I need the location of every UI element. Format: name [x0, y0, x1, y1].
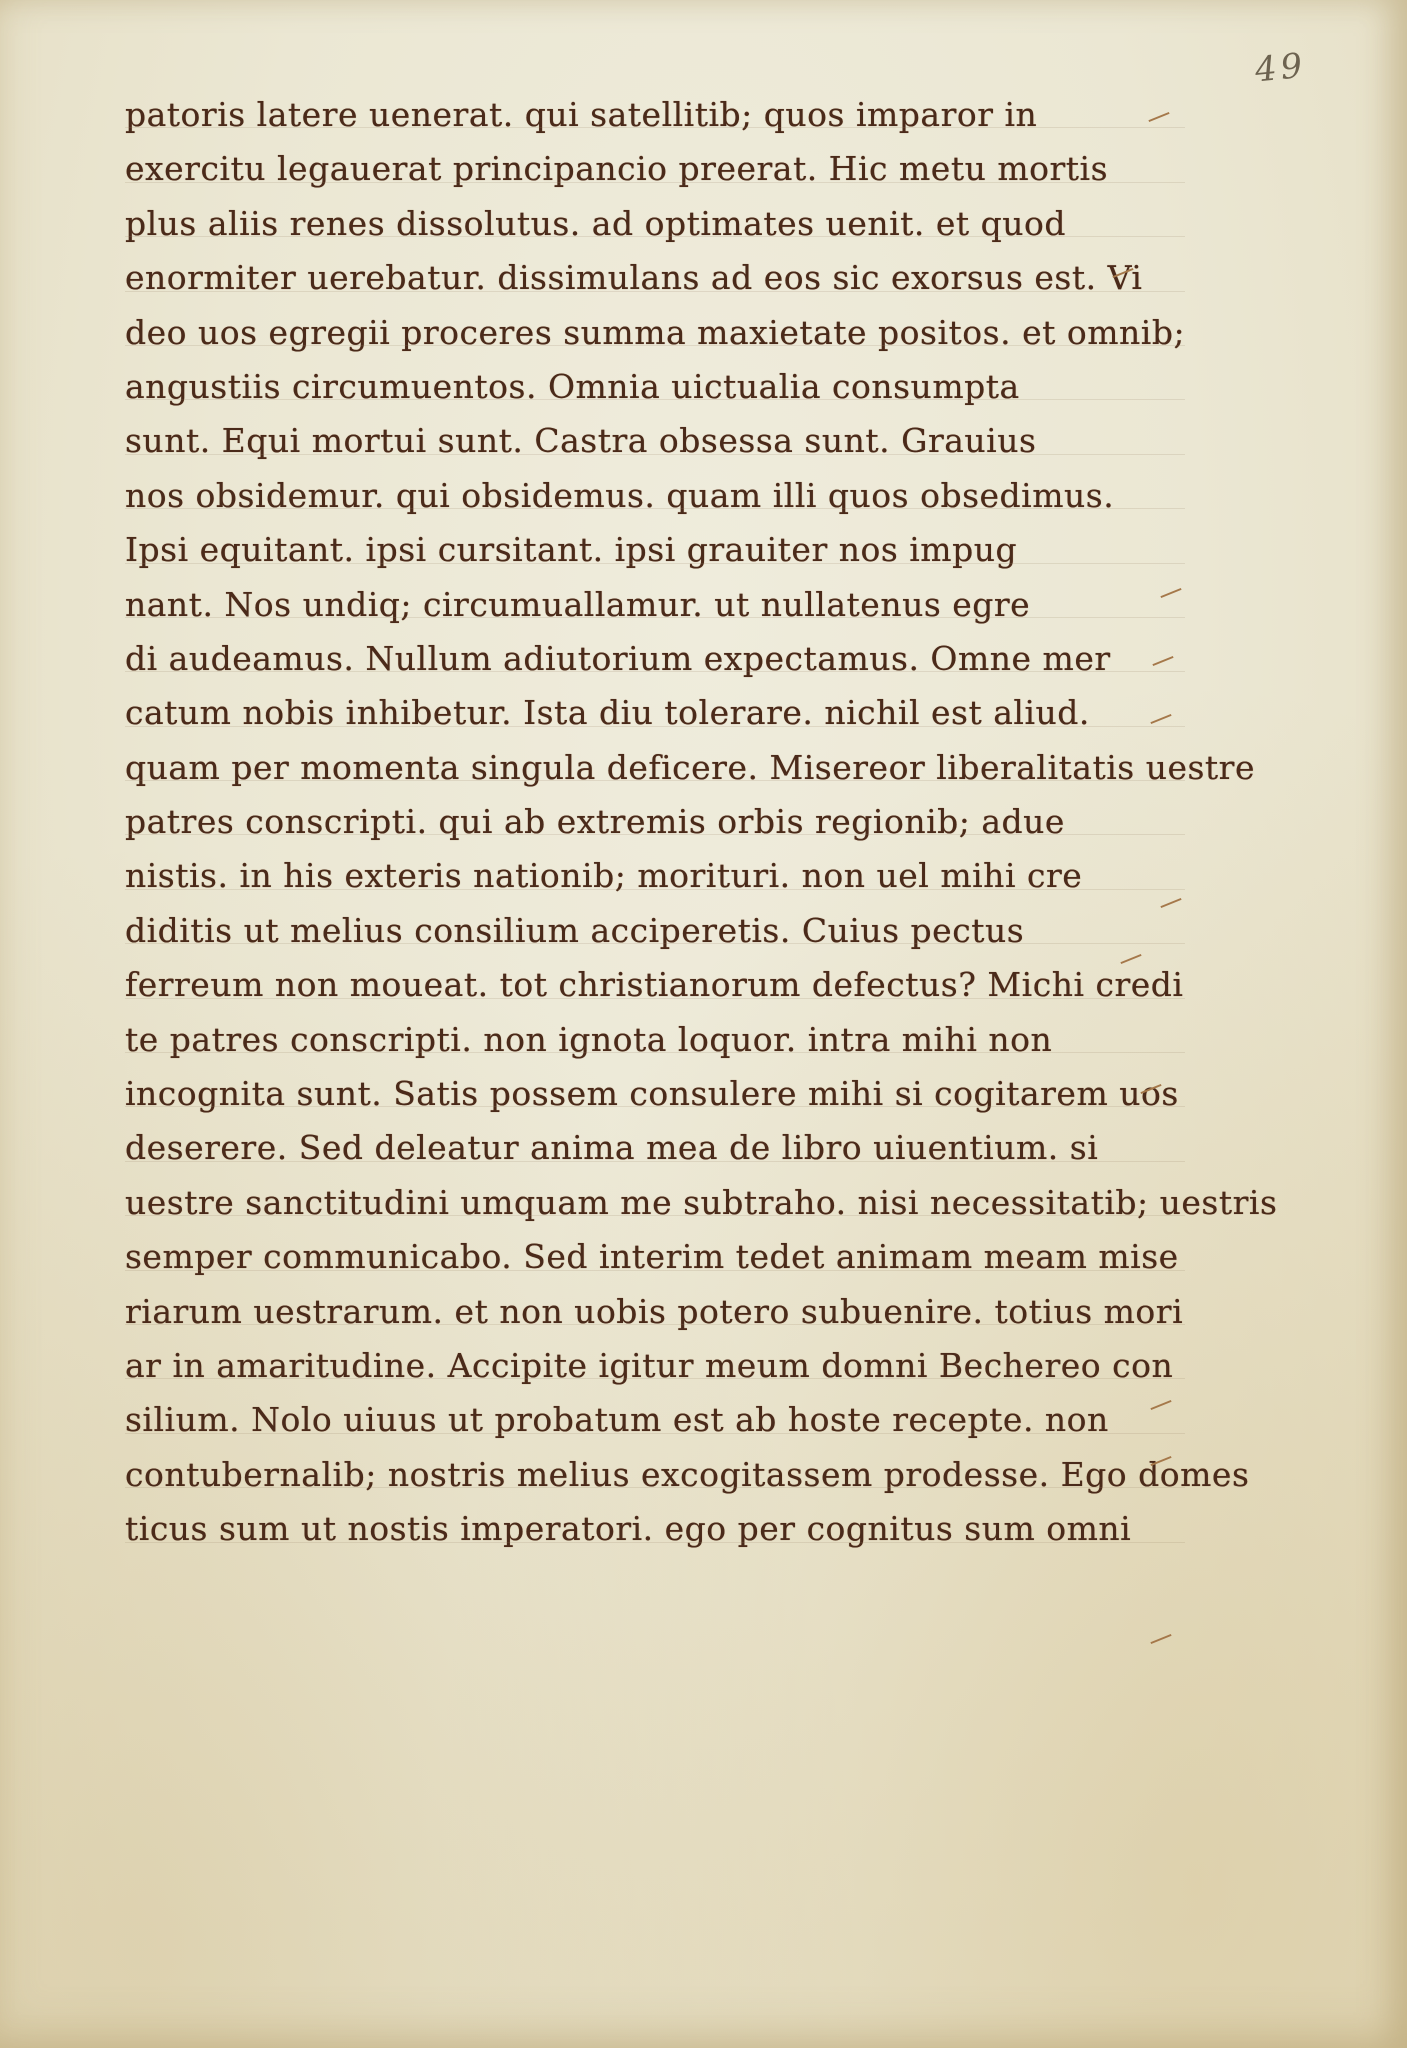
manuscript-line: Ipsi equitant. ipsi cursitant. ipsi grau… — [125, 523, 1165, 577]
manuscript-line: nos obsidemur. qui obsidemus. quam illi … — [125, 469, 1165, 523]
manuscript-line: di audeamus. Nullum adiutorium expectamu… — [125, 632, 1165, 686]
manuscript-line: ticus sum ut nostis imperatori. ego per … — [125, 1502, 1165, 1556]
manuscript-folio: 49 patoris latere uenerat. qui satelliti… — [0, 0, 1407, 2048]
manuscript-line: deserere. Sed deleatur anima mea de libr… — [125, 1121, 1165, 1175]
folio-number: 49 — [1253, 45, 1308, 90]
manuscript-line: exercitu legauerat principancio preerat.… — [125, 142, 1165, 196]
manuscript-text-block: patoris latere uenerat. qui satellitib; … — [125, 88, 1165, 1557]
manuscript-line: contubernalib; nostris melius excogitass… — [125, 1448, 1165, 1502]
manuscript-line: riarum uestrarum. et non uobis potero su… — [125, 1285, 1165, 1339]
manuscript-line: patoris latere uenerat. qui satellitib; … — [125, 88, 1165, 142]
manuscript-line: diditis ut melius consilium acciperetis.… — [125, 904, 1165, 958]
manuscript-line: nistis. in his exteris nationib; moritur… — [125, 849, 1165, 903]
manuscript-line: plus aliis renes dissolutus. ad optimate… — [125, 197, 1165, 251]
manuscript-line: ferreum non moueat. tot christianorum de… — [125, 958, 1165, 1012]
manuscript-line: enormiter uerebatur. dissimulans ad eos … — [125, 251, 1165, 305]
manuscript-line: semper communicabo. Sed interim tedet an… — [125, 1230, 1165, 1284]
hyphen-mark — [1150, 1634, 1171, 1644]
manuscript-line: quam per momenta singula deficere. Miser… — [125, 741, 1165, 795]
manuscript-line: te patres conscripti. non ignota loquor.… — [125, 1013, 1165, 1067]
manuscript-line: sunt. Equi mortui sunt. Castra obsessa s… — [125, 414, 1165, 468]
manuscript-line: ar in amaritudine. Accipite igitur meum … — [125, 1339, 1165, 1393]
manuscript-line: catum nobis inhibetur. Ista diu tolerare… — [125, 686, 1165, 740]
manuscript-line: nant. Nos undiq; circumuallamur. ut null… — [125, 578, 1165, 632]
manuscript-line: uestre sanctitudini umquam me subtraho. … — [125, 1176, 1165, 1230]
manuscript-line: angustiis circumuentos. Omnia uictualia … — [125, 360, 1165, 414]
manuscript-line: patres conscripti. qui ab extremis orbis… — [125, 795, 1165, 849]
manuscript-line: deo uos egregii proceres summa maxietate… — [125, 306, 1165, 360]
manuscript-line: silium. Nolo uiuus ut probatum est ab ho… — [125, 1393, 1165, 1447]
manuscript-line: incognita sunt. Satis possem consulere m… — [125, 1067, 1165, 1121]
